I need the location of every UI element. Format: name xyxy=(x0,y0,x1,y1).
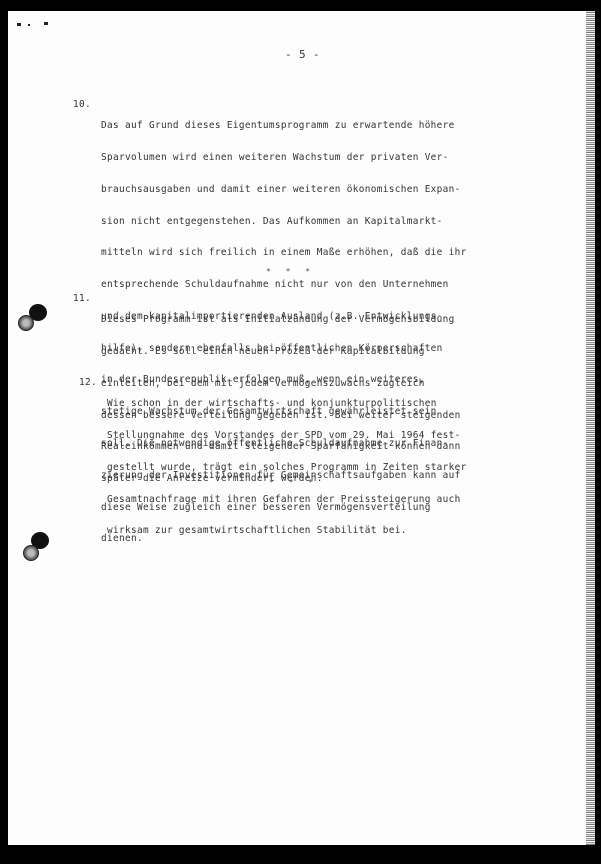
text-line: entsprechende Schuldaufnahme nicht nur v… xyxy=(101,280,467,291)
text-line: Wie schon in der wirtschafts- und konjun… xyxy=(107,399,467,410)
text-line: gedacht. Es soll einen neuen Prozeß der … xyxy=(101,347,461,358)
text-line: gestellt wurde, trägt ein solches Progra… xyxy=(107,463,467,474)
text-line: brauchsausgaben und damit einer weiteren… xyxy=(101,185,467,196)
item-number: 10. xyxy=(73,100,91,111)
item-number: 11. xyxy=(73,294,91,305)
text-line: mitteln wird sich freilich in einem Maße… xyxy=(101,248,467,259)
text-line: Dieses Programm ist als Initialzündung d… xyxy=(101,315,461,326)
scan-speck xyxy=(28,24,30,26)
text-line: Das auf Grund dieses Eigentumsprogramm z… xyxy=(101,121,467,132)
scan-speck xyxy=(17,23,21,26)
text-line: wirksam zur gesamtwirtschaftlichen Stabi… xyxy=(107,526,467,537)
punch-hole xyxy=(23,545,39,561)
text-line: Sparvolumen wird einen weiteren Wachstum… xyxy=(101,153,467,164)
section-separator: * * * xyxy=(269,478,318,489)
text-line: sion nicht entgegenstehen. Das Aufkommen… xyxy=(101,217,467,228)
text-line: Stellungnahme des Vorstandes der SPD vom… xyxy=(107,431,467,442)
section-separator: * * * xyxy=(266,267,315,278)
scan-speck xyxy=(44,22,48,25)
page-number: - 5 - xyxy=(285,50,320,61)
text-line: Gesamtnachfrage mit ihren Gefahren der P… xyxy=(107,495,467,506)
item-12-text: Wie schon in der wirtschafts- und konjun… xyxy=(107,378,467,548)
punch-hole xyxy=(18,315,34,331)
item-number: 12. xyxy=(79,378,97,389)
scan-edge xyxy=(586,11,595,845)
